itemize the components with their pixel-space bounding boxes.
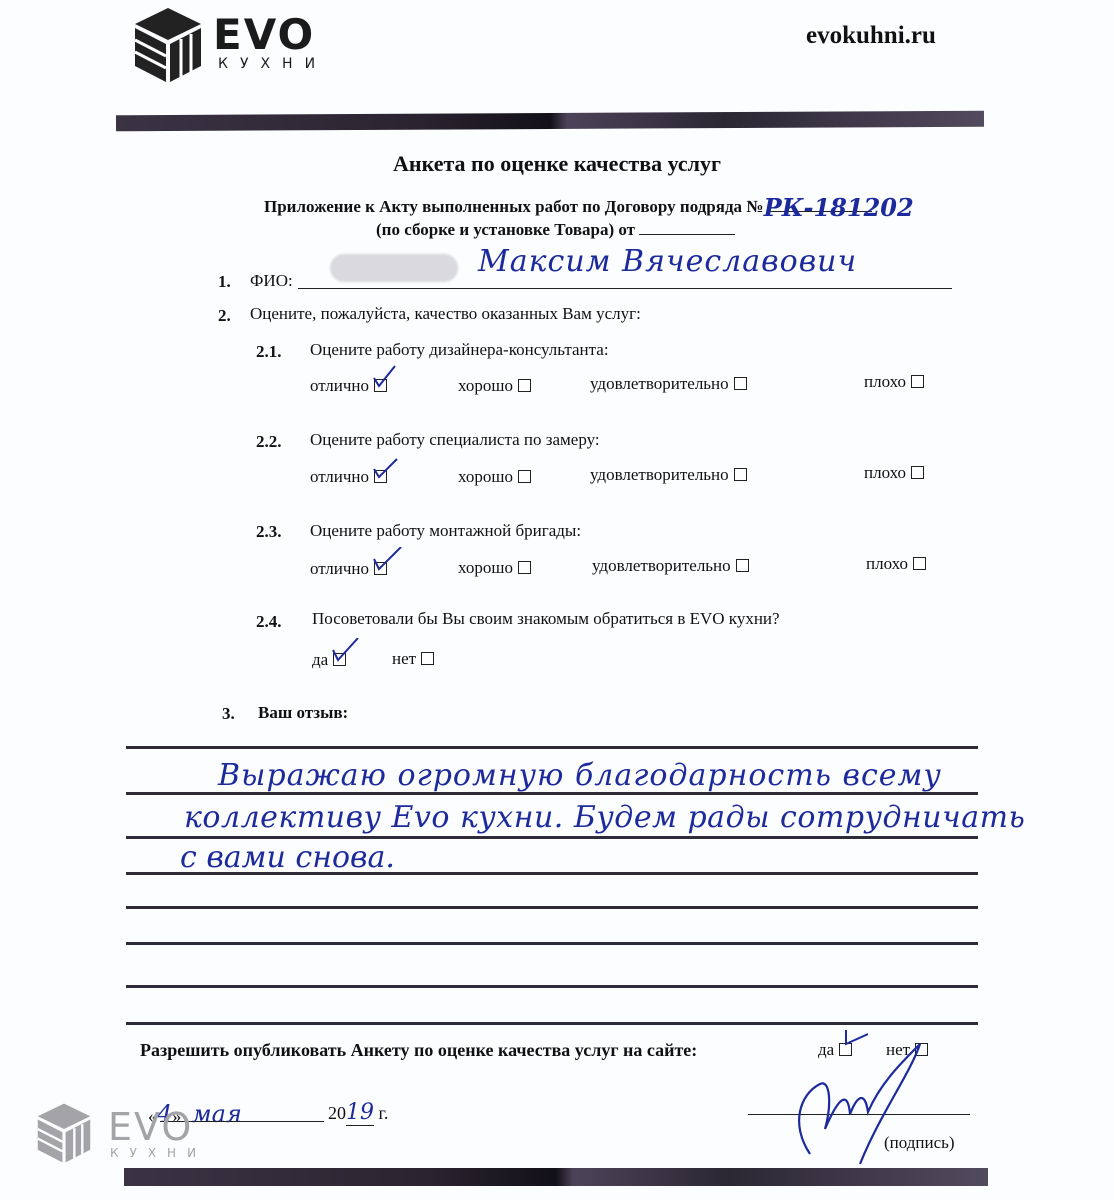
fio-field-line[interactable] bbox=[298, 288, 952, 289]
checkbox-checked[interactable] bbox=[374, 562, 387, 575]
q2-2-label: Оцените работу специалиста по замеру: bbox=[310, 430, 600, 450]
site-url[interactable]: evokuhni.ru bbox=[806, 22, 936, 50]
signature-icon bbox=[770, 1034, 940, 1174]
q1-number: 1. bbox=[218, 272, 231, 292]
option-label: да bbox=[312, 650, 328, 669]
act-date-field[interactable] bbox=[639, 234, 735, 235]
checkbox[interactable] bbox=[911, 375, 924, 388]
review-line-1: Выражаю огромную благодарность всему bbox=[218, 758, 942, 793]
q3-number: 3. bbox=[222, 704, 235, 724]
review-line bbox=[126, 985, 978, 988]
checkmark-icon bbox=[373, 547, 403, 575]
option-label: плохо bbox=[864, 372, 906, 391]
checkmark-icon bbox=[373, 364, 403, 392]
review-textarea[interactable]: Выражаю огромную благодарность всему кол… bbox=[128, 742, 980, 882]
subtitle-text: Приложение к Акту выполненных работ по Д… bbox=[264, 197, 763, 216]
option-label: отлично bbox=[310, 559, 369, 578]
checkbox[interactable] bbox=[911, 466, 924, 479]
publish-label: Разрешить опубликовать Анкету по оценке … bbox=[140, 1040, 697, 1061]
q2-4-option-yes[interactable]: да bbox=[312, 650, 346, 670]
brand-logo-subtext: КУХНИ bbox=[218, 56, 327, 72]
q2-1-option-satisfactory[interactable]: удовлетворительно bbox=[590, 374, 747, 394]
option-label: отлично bbox=[310, 467, 369, 486]
checkbox-checked[interactable] bbox=[374, 379, 387, 392]
option-label: хорошо bbox=[458, 558, 513, 577]
checkbox[interactable] bbox=[518, 561, 531, 574]
q2-number: 2. bbox=[218, 306, 231, 326]
contract-number-field[interactable]: РК-181202 bbox=[768, 211, 872, 212]
review-line-2: коллективу Evo кухни. Будем рады сотрудн… bbox=[184, 800, 1025, 835]
review-line bbox=[126, 1022, 978, 1025]
checkbox[interactable] bbox=[913, 557, 926, 570]
year-suffix: 19 bbox=[346, 1100, 374, 1126]
review-line bbox=[126, 942, 978, 945]
redacted-surname bbox=[330, 254, 458, 282]
option-label: плохо bbox=[866, 554, 908, 573]
checkbox[interactable] bbox=[518, 379, 531, 392]
signature-label: (подпись) bbox=[884, 1133, 955, 1153]
checkbox[interactable] bbox=[734, 377, 747, 390]
review-line bbox=[126, 906, 978, 909]
q2-3-label: Оцените работу монтажной бригады: bbox=[310, 521, 581, 541]
checkbox[interactable] bbox=[734, 468, 747, 481]
checkmark-icon bbox=[332, 638, 362, 666]
q2-2-option-good[interactable]: хорошо bbox=[458, 467, 531, 487]
q2-2-option-poor[interactable]: плохо bbox=[864, 463, 924, 483]
q2-2-number: 2.2. bbox=[256, 432, 282, 452]
date-month: мая bbox=[192, 1100, 242, 1128]
contract-number-value: РК-181202 bbox=[764, 193, 914, 222]
watermark-cube-icon bbox=[34, 1102, 94, 1164]
watermark-brand: EVO bbox=[108, 1108, 193, 1146]
checkbox[interactable] bbox=[518, 470, 531, 483]
option-label: хорошо bbox=[458, 376, 513, 395]
evo-logo-cube-icon bbox=[133, 6, 203, 84]
option-label: удовлетворительно bbox=[590, 465, 729, 484]
brand-logo-text: EVO bbox=[213, 14, 315, 56]
q2-3-option-good[interactable]: хорошо bbox=[458, 558, 531, 578]
q2-3-option-satisfactory[interactable]: удовлетворительно bbox=[592, 556, 749, 576]
option-label: плохо bbox=[864, 463, 906, 482]
footer-divider-bar bbox=[124, 1168, 988, 1186]
q2-3-number: 2.3. bbox=[256, 522, 282, 542]
subtitle-text-2: (по сборке и установке Товара) от bbox=[376, 220, 635, 239]
fio-value: Максим Вячеславович bbox=[478, 244, 857, 279]
q2-4-number: 2.4. bbox=[256, 612, 282, 632]
q2-1-option-good[interactable]: хорошо bbox=[458, 376, 531, 396]
watermark-brand-sub: КУХНИ bbox=[110, 1146, 207, 1160]
q2-1-option-excellent[interactable]: отлично bbox=[310, 376, 387, 396]
checkbox[interactable] bbox=[421, 652, 434, 665]
checkmark-icon bbox=[373, 455, 403, 483]
q2-3-option-excellent[interactable]: отлично bbox=[310, 559, 387, 579]
header-divider-bar bbox=[116, 111, 984, 132]
option-label: нет bbox=[392, 649, 416, 668]
review-line-3: с вами снова. bbox=[180, 840, 395, 875]
q1-label: ФИО: bbox=[250, 271, 293, 291]
option-label: отлично bbox=[310, 376, 369, 395]
form-title: Анкета по оценке качества услуг bbox=[0, 151, 1114, 177]
year-prefix: 20 bbox=[328, 1103, 346, 1123]
q2-3-option-poor[interactable]: плохо bbox=[866, 554, 926, 574]
checkbox-checked[interactable] bbox=[374, 470, 387, 483]
checkbox[interactable] bbox=[736, 559, 749, 572]
q2-1-number: 2.1. bbox=[256, 342, 282, 362]
q2-label: Оцените, пожалуйста, качество оказанных … bbox=[250, 304, 641, 324]
q2-2-option-satisfactory[interactable]: удовлетворительно bbox=[590, 465, 747, 485]
form-subtitle-line2: (по сборке и установке Товара) от bbox=[376, 220, 735, 240]
q3-label: Ваш отзыв: bbox=[258, 703, 348, 723]
option-label: хорошо bbox=[458, 467, 513, 486]
q2-2-option-excellent[interactable]: отлично bbox=[310, 467, 387, 487]
option-label: удовлетворительно bbox=[592, 556, 731, 575]
q2-1-option-poor[interactable]: плохо bbox=[864, 372, 924, 392]
q2-1-label: Оцените работу дизайнера-консультанта: bbox=[310, 340, 609, 360]
year-field[interactable]: 2019 г. bbox=[328, 1100, 388, 1125]
q2-4-label: Посоветовали бы Вы своим знакомым обрати… bbox=[312, 609, 780, 629]
form-subtitle-line1: Приложение к Акту выполненных работ по Д… bbox=[264, 197, 872, 217]
checkbox-checked[interactable] bbox=[333, 653, 346, 666]
year-unit: г. bbox=[379, 1103, 389, 1123]
option-label: удовлетворительно bbox=[590, 374, 729, 393]
q2-4-option-no[interactable]: нет bbox=[392, 649, 434, 669]
